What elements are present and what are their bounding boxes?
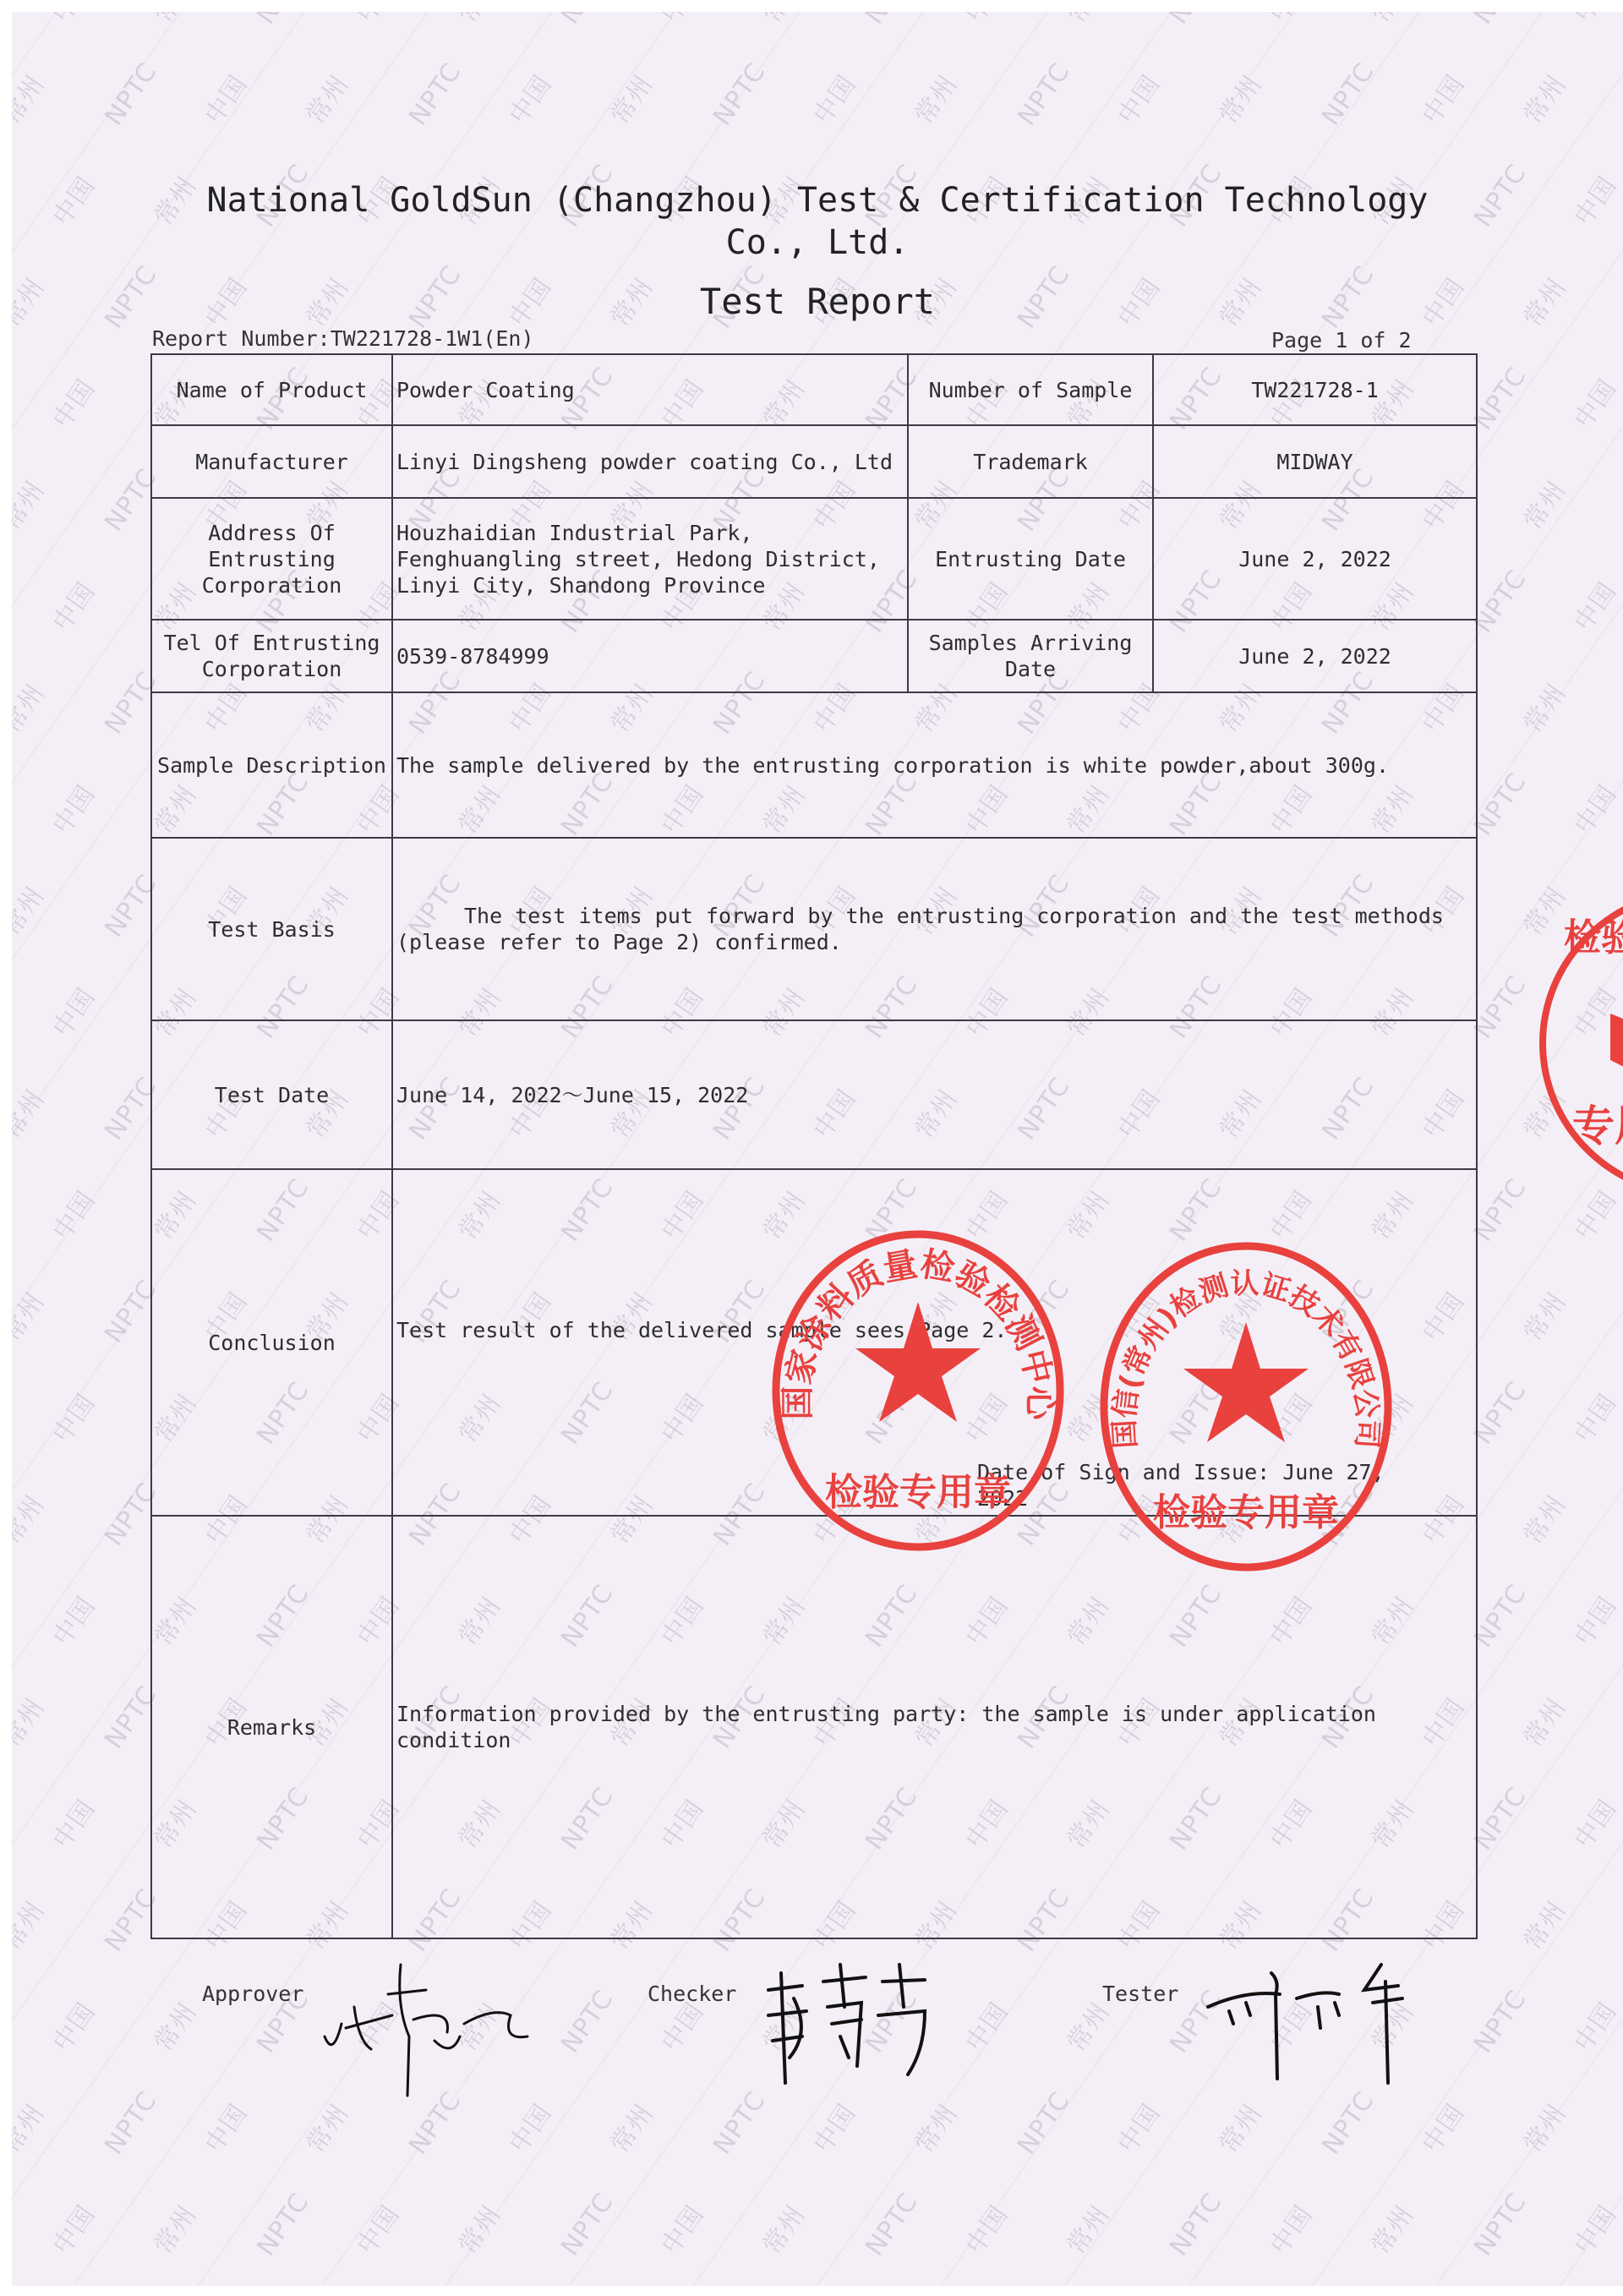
watermark-text: 中国	[1563, 1385, 1623, 1449]
watermark-text: 中国	[41, 1790, 102, 1855]
table-row: Manufacturer Linyi Dingsheng powder coat…	[151, 425, 1477, 498]
label-test-basis: Test Basis	[151, 838, 392, 1020]
checker-label: Checker	[648, 1982, 736, 2006]
watermark-text: 常州	[1512, 1283, 1573, 1348]
watermark-text: 常州	[12, 1689, 52, 1753]
watermark-text: NPTC	[1468, 1173, 1533, 1247]
watermark-text: 常州	[1360, 12, 1421, 29]
label-tel: Tel Of Entrusting Corporation	[151, 620, 392, 692]
watermark-text: NPTC	[1468, 565, 1533, 638]
table-row: Sample Description The sample delivered …	[151, 692, 1477, 838]
watermark-text: NPTC	[860, 2188, 924, 2261]
watermark-text: 中国	[41, 979, 102, 1043]
watermark-text: NPTC	[1164, 2188, 1228, 2261]
watermark-text: 常州	[143, 2196, 204, 2260]
watermark-text: 中国	[498, 2095, 559, 2159]
watermark-text: 常州	[1512, 2095, 1573, 2159]
watermark-text: NPTC	[1164, 12, 1228, 30]
report-table: Name of Product Powder Coating Number of…	[150, 353, 1478, 1939]
watermark-text: 常州	[295, 2095, 356, 2159]
watermark-text: NPTC	[1468, 362, 1533, 435]
watermark-text: 中国	[498, 66, 559, 130]
label-conclusion: Conclusion	[151, 1169, 392, 1516]
watermark-text: 中国	[41, 1588, 102, 1652]
watermark-text: 中国	[1411, 66, 1472, 130]
watermark-text: NPTC	[1316, 57, 1380, 131]
watermark-text: 常州	[295, 66, 356, 130]
svg-text:检验: 检验	[1564, 916, 1623, 959]
label-trademark: Trademark	[908, 425, 1153, 498]
watermark-text: NPTC	[1468, 2188, 1533, 2261]
watermark-text: 常州	[1056, 12, 1117, 29]
value-number-of-sample: TW221728-1	[1153, 354, 1477, 425]
document-title: Test Report	[12, 281, 1623, 322]
watermark-text: NPTC	[1012, 2086, 1076, 2160]
company-name-line1: National GoldSun (Changzhou) Test & Cert…	[12, 181, 1623, 220]
watermark-text: 常州	[751, 12, 812, 29]
signature-row: Approver Checker Tester	[12, 1956, 1623, 2091]
watermark-text: NPTC	[1012, 57, 1076, 131]
label-arriving-date: Samples Arriving Date	[908, 620, 1153, 692]
watermark-text: 中国	[41, 573, 102, 637]
watermark-text: 常州	[1512, 1892, 1573, 1956]
watermark-text: NPTC	[99, 57, 163, 131]
watermark-text: NPTC	[251, 12, 315, 30]
watermark-text: 中国	[1563, 12, 1623, 29]
watermark-text: 常州	[1360, 2196, 1421, 2260]
watermark-text: 常州	[599, 2095, 660, 2159]
watermark-text: NPTC	[403, 57, 467, 131]
watermark-text: NPTC	[1468, 1579, 1533, 1653]
watermark-text: 中国	[194, 2095, 254, 2159]
label-number-of-sample: Number of Sample	[908, 354, 1153, 425]
watermark-text: NPTC	[708, 57, 772, 131]
watermark-text: 中国	[802, 2095, 863, 2159]
watermark-text: NPTC	[860, 12, 924, 30]
watermark-text: NPTC	[1468, 12, 1533, 30]
watermark-text: 常州	[447, 12, 508, 29]
watermark-text: 中国	[41, 1385, 102, 1449]
watermark-text: 中国	[802, 66, 863, 130]
value-manufacturer: Linyi Dingsheng powder coating Co., Ltd	[392, 425, 908, 498]
watermark-text: 常州	[12, 2095, 52, 2159]
watermark-text: 中国	[1563, 2196, 1623, 2260]
tester-label: Tester	[1102, 1982, 1178, 2006]
label-sample-description: Sample Description	[151, 692, 392, 838]
table-row: Test Date June 14, 2022～June 15, 2022	[151, 1020, 1477, 1169]
watermark-text: 常州	[751, 2196, 812, 2260]
watermark-text: 中国	[1563, 1588, 1623, 1652]
value-test-basis: The test items put forward by the entrus…	[392, 838, 1477, 1020]
watermark-text: 中国	[41, 370, 102, 435]
value-entrusting-date: June 2, 2022	[1153, 498, 1477, 620]
watermark-text: 中国	[1563, 370, 1623, 435]
watermark-text: NPTC	[555, 2188, 620, 2261]
company-name-line2: Co., Ltd.	[12, 223, 1623, 262]
value-test-date: June 14, 2022～June 15, 2022	[392, 1020, 1477, 1169]
watermark-text: 常州	[1512, 675, 1573, 739]
star-icon	[1610, 1014, 1623, 1077]
watermark-text: 常州	[12, 1486, 52, 1550]
watermark-text: 常州	[12, 1892, 52, 1956]
table-row: Tel Of Entrusting Corporation 0539-87849…	[151, 620, 1477, 692]
watermark-text: 中国	[1259, 2196, 1320, 2260]
watermark-text: 常州	[1512, 472, 1573, 536]
label-entrusting-date: Entrusting Date	[908, 498, 1153, 620]
value-remarks: Information provided by the entrusting p…	[392, 1516, 1477, 1938]
watermark-text: 中国	[346, 12, 407, 29]
checker-signature	[756, 1956, 967, 2100]
watermark-text: NPTC	[1468, 970, 1533, 1044]
watermark-text: 中国	[1563, 1182, 1623, 1246]
watermark-text: 常州	[1512, 66, 1573, 130]
watermark-text: 常州	[1512, 1080, 1573, 1145]
watermark-text: 中国	[650, 2196, 711, 2260]
watermark-text: 中国	[954, 12, 1015, 29]
watermark-text: 常州	[143, 12, 204, 29]
table-row: Name of Product Powder Coating Number of…	[151, 354, 1477, 425]
value-arriving-date: June 2, 2022	[1153, 620, 1477, 692]
value-trademark: MIDWAY	[1153, 425, 1477, 498]
report-page: NPTC中国常州NPTC中国常州NPTC中国常州NPTC中国常州NPTC中国常州…	[12, 12, 1623, 2286]
watermark-text: 常州	[12, 877, 52, 942]
watermark-text: 常州	[1208, 66, 1269, 130]
watermark-text: 中国	[1563, 1790, 1623, 1855]
watermark-text: 常州	[12, 66, 52, 130]
label-address: Address Of Entrusting Corporation	[151, 498, 392, 620]
table-row: Remarks Information provided by the entr…	[151, 1516, 1477, 1938]
watermark-text: 中国	[41, 776, 102, 840]
date-of-issue: Date of Sign and Issue: June 27, 2022	[977, 1459, 1417, 1512]
watermark-text: 常州	[1512, 1689, 1573, 1753]
approver-label: Approver	[202, 1982, 303, 2006]
watermark-text: 中国	[346, 2196, 407, 2260]
watermark-text: 常州	[904, 66, 965, 130]
value-sample-description: The sample delivered by the entrusting c…	[392, 692, 1477, 838]
watermark-text: 中国	[194, 66, 254, 130]
label-remarks: Remarks	[151, 1516, 392, 1938]
watermark-text: 常州	[1512, 1486, 1573, 1550]
watermark-text: 中国	[1563, 776, 1623, 840]
watermark-text: 常州	[447, 2196, 508, 2260]
tester-signature	[1195, 1956, 1449, 2100]
watermark-text: 常州	[12, 1283, 52, 1348]
table-row: Test Basis The test items put forward by…	[151, 838, 1477, 1020]
watermark-text: 中国	[41, 2196, 102, 2260]
value-tel: 0539-8784999	[392, 620, 908, 692]
watermark-text: 常州	[12, 1080, 52, 1145]
svg-text:专用: 专用	[1572, 1102, 1623, 1151]
watermark-text: 常州	[12, 472, 52, 536]
watermark-text: 常州	[599, 66, 660, 130]
label-name-of-product: Name of Product	[151, 354, 392, 425]
watermark-text: NPTC	[555, 12, 620, 30]
watermark-text: 中国	[1259, 12, 1320, 29]
watermark-text: NPTC	[251, 2188, 315, 2261]
edge-stamp-partial: 检验 专用	[1538, 874, 1623, 1212]
value-name-of-product: Powder Coating	[392, 354, 908, 425]
watermark-text: 常州	[1512, 877, 1573, 942]
watermark-text: 中国	[1411, 2095, 1472, 2159]
value-address: Houzhaidian Industrial Park, Fenghuangli…	[392, 498, 908, 620]
watermark-text: 中国	[41, 12, 102, 29]
watermark-text: 中国	[1107, 2095, 1167, 2159]
watermark-text: NPTC	[1468, 768, 1533, 841]
report-number: Report Number:TW221728-1W1(En)	[152, 326, 534, 351]
watermark-text: 中国	[41, 1182, 102, 1246]
watermark-text: 常州	[12, 675, 52, 739]
page-indicator: Page 1 of 2	[1271, 328, 1412, 353]
watermark-text: NPTC	[99, 2086, 163, 2160]
conclusion-text: Test result of the delivered sample sees…	[396, 1317, 1473, 1343]
approver-signature	[308, 1956, 561, 2100]
watermark-text: 常州	[904, 2095, 965, 2159]
watermark-text: NPTC	[1468, 1782, 1533, 1856]
watermark-text: 常州	[1056, 2196, 1117, 2260]
watermark-text: 中国	[1563, 573, 1623, 637]
watermark-text: 中国	[954, 2196, 1015, 2260]
watermark-text: NPTC	[1468, 1376, 1533, 1450]
watermark-text: 中国	[1107, 66, 1167, 130]
table-row: Address Of Entrusting Corporation Houzha…	[151, 498, 1477, 620]
label-test-date: Test Date	[151, 1020, 392, 1169]
watermark-text: 中国	[650, 12, 711, 29]
watermark-text: 常州	[1208, 2095, 1269, 2159]
watermark-text: 中国	[1563, 979, 1623, 1043]
label-manufacturer: Manufacturer	[151, 425, 392, 498]
